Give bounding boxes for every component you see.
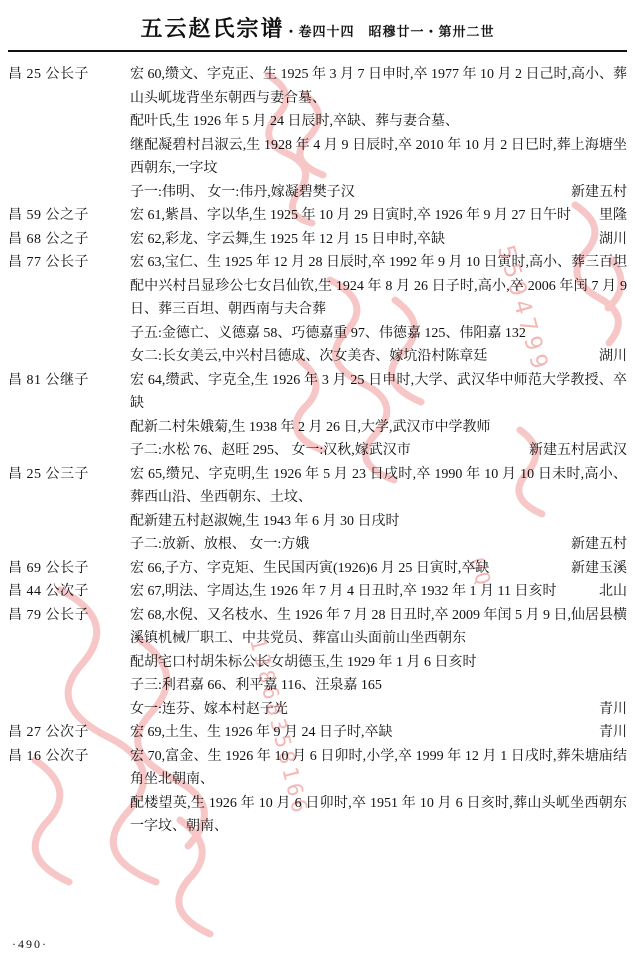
page-number: ·490· <box>12 937 48 952</box>
entry-line: 宏 65,缵兄、字克明,生 1926 年 5 月 23 日戌时,卒 1990 年… <box>130 463 627 510</box>
entry-row: 昌 77 公长子宏 63,宝仁、生 1925 年 12 月 28 日辰时,卒 1… <box>8 251 627 369</box>
entry-line: 湖川女二:长女美云,中兴村吕德成、次女美杏、嫁坑沿村陈章廷 <box>130 345 627 369</box>
entry-line: 青川女一:连芬、嫁本村赵子光 <box>130 698 627 722</box>
entry-label: 昌 81 公继子 <box>8 369 130 393</box>
residence-place: 新建五村 <box>571 533 627 557</box>
entry-row: 昌 59 公之子里隆宏 61,紫昌、字以华,生 1925 年 10 月 29 日… <box>8 204 627 228</box>
entry-line: 配新二村朱娥菊,生 1938 年 2 月 26 日,大学,武汉市中学教师 <box>130 416 627 440</box>
entry-line: 宏 60,缵文、字克正、生 1925 年 3 月 7 日申时,卒 1977 年 … <box>130 63 627 110</box>
entry-row: 昌 27 公次子青川宏 69,土生、生 1926 年 9 月 24 日子时,卒缺 <box>8 721 627 745</box>
entry-row: 昌 79 公长子宏 68,水倪、又名枝水、生 1926 年 7 月 28 日丑时… <box>8 604 627 722</box>
entry-label: 昌 44 公次子 <box>8 580 130 604</box>
residence-place: 北山 <box>599 580 627 604</box>
entry-line: 青川宏 69,土生、生 1926 年 9 月 24 日子时,卒缺 <box>130 721 627 745</box>
residence-place: 青川 <box>599 698 627 722</box>
page-content: 五云赵氏宗谱・卷四十四 昭穆廿一・第卅二世 昌 25 公长子宏 60,缵文、字克… <box>0 0 635 839</box>
entry-row: 昌 81 公继子宏 64,缵武、字克全,生 1926 年 3 月 25 日申时,… <box>8 369 627 463</box>
entry-line: 继配凝碧村吕淑云,生 1928 年 4 月 9 日辰时,卒 2010 年 10 … <box>130 134 627 181</box>
entry-label: 昌 59 公之子 <box>8 204 130 228</box>
entry-label: 昌 16 公次子 <box>8 745 130 769</box>
entry-row: 昌 68 公之子湖川宏 62,彩龙、字云舞,生 1925 年 12 月 15 日… <box>8 228 627 252</box>
entry-content: 青川宏 69,土生、生 1926 年 9 月 24 日子时,卒缺 <box>130 721 627 745</box>
volume-subtitle: ・卷四十四 昭穆廿一・第卅二世 <box>285 24 495 39</box>
residence-place: 新建五村居武汉 <box>529 439 627 463</box>
entry-line: 新建五村子一:伟明、 女一:伟丹,嫁凝碧樊子汉 <box>130 181 627 205</box>
genealogy-entries: 昌 25 公长子宏 60,缵文、字克正、生 1925 年 3 月 7 日申时,卒… <box>8 63 627 839</box>
entry-line: 配楼望英,生 1926 年 10 月 6 日卯时,卒 1951 年 10 月 6… <box>130 792 627 839</box>
entry-line: 宏 63,宝仁、生 1925 年 12 月 28 日辰时,卒 1992 年 9 … <box>130 251 627 275</box>
entry-label: 昌 77 公长子 <box>8 251 130 275</box>
book-title: 五云赵氏宗谱 <box>140 16 284 41</box>
entry-label: 昌 25 公长子 <box>8 63 130 87</box>
residence-place: 新建玉溪 <box>571 557 627 581</box>
entry-line: 新建玉溪宏 66,子方、字克矩、生民国丙寅(1926)6 月 25 日寅时,卒缺 <box>130 557 627 581</box>
residence-place: 湖川 <box>599 228 627 252</box>
entry-line: 里隆宏 61,紫昌、字以华,生 1925 年 10 月 29 日寅时,卒 192… <box>130 204 627 228</box>
entry-row: 昌 25 公长子宏 60,缵文、字克正、生 1925 年 3 月 7 日申时,卒… <box>8 63 627 204</box>
entry-content: 宏 70,富金、生 1926 年 10 月 6 日卯时,小学,卒 1999 年 … <box>130 745 627 839</box>
entry-content: 宏 65,缵兄、字克明,生 1926 年 5 月 23 日戌时,卒 1990 年… <box>130 463 627 557</box>
entry-line: 配新建五村赵淑婉,生 1943 年 6 月 30 日戌时 <box>130 510 627 534</box>
entry-line: 配中兴村吕显珍公七女吕仙钦,生 1924 年 8 月 26 日子时,高小,卒 2… <box>130 275 627 322</box>
entry-content: 里隆宏 61,紫昌、字以华,生 1925 年 10 月 29 日寅时,卒 192… <box>130 204 627 228</box>
entry-row: 昌 44 公次子北山宏 67,明法、字周达,生 1926 年 7 月 4 日丑时… <box>8 580 627 604</box>
page-header: 五云赵氏宗谱・卷四十四 昭穆廿一・第卅二世 <box>0 0 635 43</box>
residence-place: 湖川 <box>599 345 627 369</box>
entry-line: 子五:金德亡、义德嘉 58、巧德嘉重 97、伟德嘉 125、伟阳嘉 132 <box>130 322 627 346</box>
entry-line: 宏 68,水倪、又名枝水、生 1926 年 7 月 28 日丑时,卒 2009 … <box>130 604 627 651</box>
entry-line: 配叶氏,生 1926 年 5 月 24 日辰时,卒缺、葬与妻合墓、 <box>130 110 627 134</box>
entry-content: 宏 63,宝仁、生 1925 年 12 月 28 日辰时,卒 1992 年 9 … <box>130 251 627 369</box>
entry-line: 配胡宅口村胡朱标公长女胡德玉,生 1929 年 1 月 6 日亥时 <box>130 651 627 675</box>
entry-content: 北山宏 67,明法、字周达,生 1926 年 7 月 4 日丑时,卒 1932 … <box>130 580 627 604</box>
entry-label: 昌 79 公长子 <box>8 604 130 628</box>
entry-line: 湖川宏 62,彩龙、字云舞,生 1925 年 12 月 15 日申时,卒缺 <box>130 228 627 252</box>
entry-label: 昌 69 公长子 <box>8 557 130 581</box>
entry-line: 宏 70,富金、生 1926 年 10 月 6 日卯时,小学,卒 1999 年 … <box>130 745 627 792</box>
entry-row: 昌 69 公长子新建玉溪宏 66,子方、字克矩、生民国丙寅(1926)6 月 2… <box>8 557 627 581</box>
entry-label: 昌 25 公三子 <box>8 463 130 487</box>
entry-content: 新建玉溪宏 66,子方、字克矩、生民国丙寅(1926)6 月 25 日寅时,卒缺 <box>130 557 627 581</box>
entry-content: 宏 60,缵文、字克正、生 1925 年 3 月 7 日申时,卒 1977 年 … <box>130 63 627 204</box>
entry-row: 昌 25 公三子宏 65,缵兄、字克明,生 1926 年 5 月 23 日戌时,… <box>8 463 627 557</box>
entry-label: 昌 68 公之子 <box>8 228 130 252</box>
entry-content: 宏 64,缵武、字克全,生 1926 年 3 月 25 日申时,大学、武汉华中师… <box>130 369 627 463</box>
entry-content: 湖川宏 62,彩龙、字云舞,生 1925 年 12 月 15 日申时,卒缺 <box>130 228 627 252</box>
entry-line: 北山宏 67,明法、字周达,生 1926 年 7 月 4 日丑时,卒 1932 … <box>130 580 627 604</box>
entry-line: 新建五村居武汉子二:水松 76、赵旺 295、 女一:汉秋,嫁武汉市 <box>130 439 627 463</box>
entry-line: 新建五村子二:放新、放根、 女一:方娥 <box>130 533 627 557</box>
genealogy-page: 5594799 QQ 13868358166 五云赵氏宗谱・卷四十四 昭穆廿一・… <box>0 0 635 968</box>
header-rule <box>8 50 627 52</box>
entry-line: 子三:利君嘉 66、利平嘉 116、汪泉嘉 165 <box>130 674 627 698</box>
residence-place: 青川 <box>599 721 627 745</box>
entry-label: 昌 27 公次子 <box>8 721 130 745</box>
entry-row: 昌 16 公次子宏 70,富金、生 1926 年 10 月 6 日卯时,小学,卒… <box>8 745 627 839</box>
entry-line: 宏 64,缵武、字克全,生 1926 年 3 月 25 日申时,大学、武汉华中师… <box>130 369 627 416</box>
residence-place: 新建五村 <box>571 181 627 205</box>
residence-place: 里隆 <box>599 204 627 228</box>
entry-content: 宏 68,水倪、又名枝水、生 1926 年 7 月 28 日丑时,卒 2009 … <box>130 604 627 722</box>
